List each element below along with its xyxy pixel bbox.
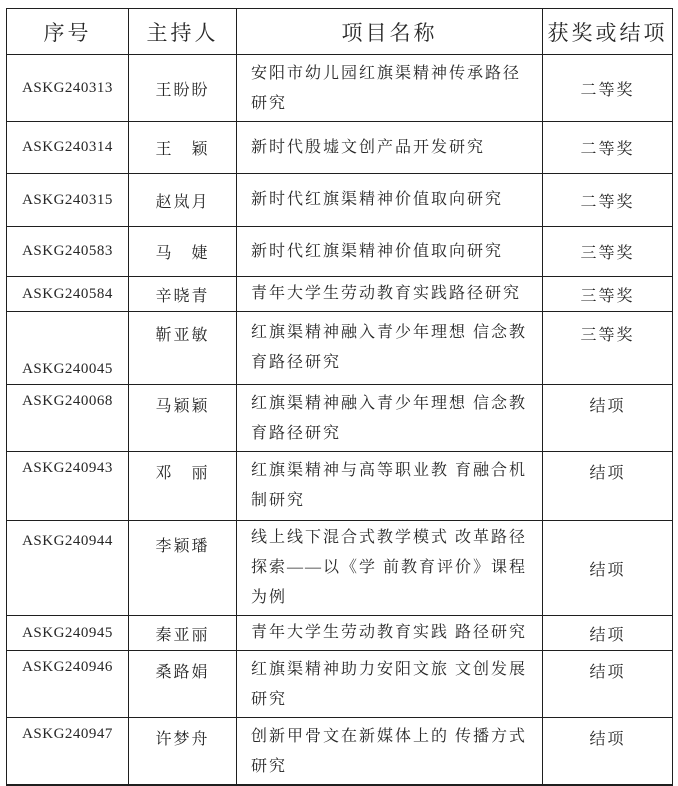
table-row: ASKG240946 桑路娟 红旗渠精神助力安阳文旅 文创发展研究 结项 (7, 651, 673, 718)
cell-serial: ASKG240584 (7, 277, 129, 312)
cell-leader: 秦亚丽 (129, 616, 237, 651)
cell-serial: ASKG240068 (7, 385, 129, 452)
table-row: ASKG240943 邓 丽 红旗渠精神与高等职业教 育融合机制研究 结项 (7, 452, 673, 521)
cell-leader: 赵岚月 (129, 174, 237, 227)
cell-project: 红旗渠精神助力安阳文旅 文创发展研究 (237, 651, 543, 718)
cell-leader: 桑路娟 (129, 651, 237, 718)
cell-leader: 马 婕 (129, 227, 237, 277)
cell-serial: ASKG240045 (7, 312, 129, 385)
table-row: ASKG240947 许梦舟 创新甲骨文在新媒体上的 传播方式研究 结项 (7, 718, 673, 786)
table-row: ASKG240068 马颖颖 红旗渠精神融入青少年理想 信念教育路径研究 结项 (7, 385, 673, 452)
cell-result: 三等奖 (543, 227, 673, 277)
cell-leader: 李颖璠 (129, 521, 237, 616)
header-cell-leader: 主持人 (129, 9, 237, 55)
table-row: ASKG240583 马 婕 新时代红旗渠精神价值取向研究 三等奖 (7, 227, 673, 277)
cell-result: 二等奖 (543, 122, 673, 174)
cell-project: 线上线下混合式教学模式 改革路径探索——以《学 前教育评价》课程为例 (237, 521, 543, 616)
table-row: ASKG240945 秦亚丽 青年大学生劳动教育实践 路径研究 结项 (7, 616, 673, 651)
cell-leader: 许梦舟 (129, 718, 237, 786)
table-row: ASKG240584 辛晓青 青年大学生劳动教育实践路径研究 三等奖 (7, 277, 673, 312)
table-row: ASKG240045 靳亚敏 红旗渠精神融入青少年理想 信念教育路径研究 三等奖 (7, 312, 673, 385)
project-results-table: 序号 主持人 项目名称 获奖或结项 ASKG240313 王盼盼 安阳市幼儿园红… (6, 8, 673, 786)
cell-result: 结项 (543, 452, 673, 521)
cell-serial: ASKG240943 (7, 452, 129, 521)
header-cell-serial: 序号 (7, 9, 129, 55)
cell-leader: 王 颖 (129, 122, 237, 174)
cell-project: 红旗渠精神与高等职业教 育融合机制研究 (237, 452, 543, 521)
cell-project: 青年大学生劳动教育实践 路径研究 (237, 616, 543, 651)
document-page: 序号 主持人 项目名称 获奖或结项 ASKG240313 王盼盼 安阳市幼儿园红… (0, 0, 678, 786)
cell-result: 三等奖 (543, 277, 673, 312)
cell-serial: ASKG240945 (7, 616, 129, 651)
cell-project: 新时代红旗渠精神价值取向研究 (237, 227, 543, 277)
cell-result: 三等奖 (543, 312, 673, 385)
cell-serial: ASKG240946 (7, 651, 129, 718)
cell-leader: 辛晓青 (129, 277, 237, 312)
header-cell-result: 获奖或结项 (543, 9, 673, 55)
cell-leader: 王盼盼 (129, 55, 237, 122)
cell-project: 创新甲骨文在新媒体上的 传播方式研究 (237, 718, 543, 786)
cell-result: 结项 (543, 385, 673, 452)
cell-result: 二等奖 (543, 174, 673, 227)
cell-result: 结项 (543, 651, 673, 718)
cell-project: 新时代红旗渠精神价值取向研究 (237, 174, 543, 227)
cell-result: 结项 (543, 521, 673, 616)
cell-project: 红旗渠精神融入青少年理想 信念教育路径研究 (237, 385, 543, 452)
cell-serial: ASKG240583 (7, 227, 129, 277)
cell-leader: 靳亚敏 (129, 312, 237, 385)
cell-serial: ASKG240947 (7, 718, 129, 786)
cell-serial: ASKG240314 (7, 122, 129, 174)
cell-result: 结项 (543, 718, 673, 786)
cell-project: 红旗渠精神融入青少年理想 信念教育路径研究 (237, 312, 543, 385)
cell-leader: 马颖颖 (129, 385, 237, 452)
table-row: ASKG240313 王盼盼 安阳市幼儿园红旗渠精神传承路径研究 二等奖 (7, 55, 673, 122)
table-row: ASKG240315 赵岚月 新时代红旗渠精神价值取向研究 二等奖 (7, 174, 673, 227)
cell-project: 安阳市幼儿园红旗渠精神传承路径研究 (237, 55, 543, 122)
cell-result: 二等奖 (543, 55, 673, 122)
header-cell-project: 项目名称 (237, 9, 543, 55)
cell-serial: ASKG240315 (7, 174, 129, 227)
cell-serial: ASKG240313 (7, 55, 129, 122)
cell-project: 青年大学生劳动教育实践路径研究 (237, 277, 543, 312)
table-row: ASKG240944 李颖璠 线上线下混合式教学模式 改革路径探索——以《学 前… (7, 521, 673, 616)
cell-result: 结项 (543, 616, 673, 651)
cell-serial: ASKG240944 (7, 521, 129, 616)
cell-project: 新时代殷墟文创产品开发研究 (237, 122, 543, 174)
header-row: 序号 主持人 项目名称 获奖或结项 (7, 9, 673, 55)
cell-leader: 邓 丽 (129, 452, 237, 521)
table-row: ASKG240314 王 颖 新时代殷墟文创产品开发研究 二等奖 (7, 122, 673, 174)
